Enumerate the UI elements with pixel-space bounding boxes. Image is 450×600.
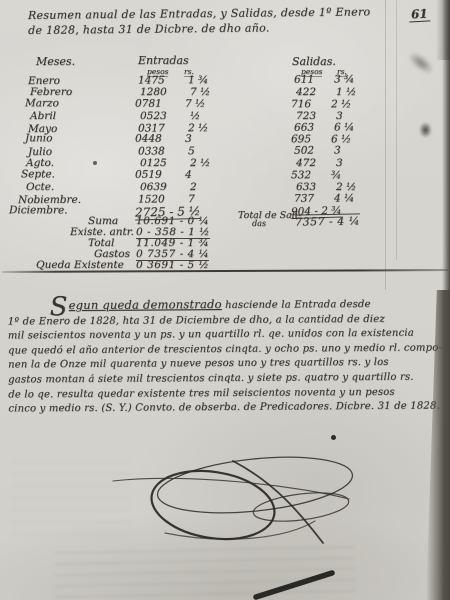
manuscript-page: Resumen anual de las Entradas, y Salidas… (0, 0, 450, 600)
ink-speck (93, 161, 97, 165)
column-rule-line (385, 0, 386, 290)
corner-shadow (436, 0, 450, 60)
ink-blot (419, 122, 432, 138)
page-edge-line (442, 0, 450, 600)
bleedthrough-text-ghost (54, 540, 355, 598)
bleedthrough-text-ghost (10, 455, 130, 535)
ink-dot (331, 435, 336, 440)
column-rule-line (396, 0, 397, 260)
